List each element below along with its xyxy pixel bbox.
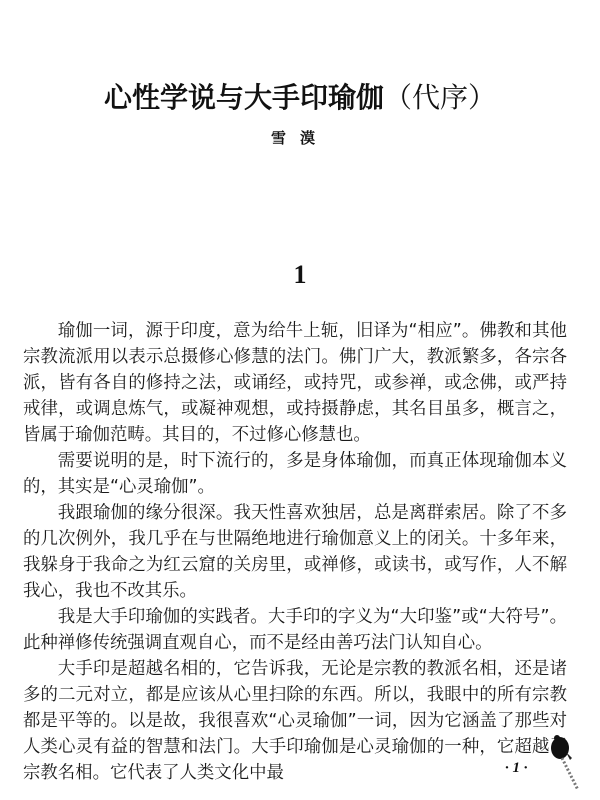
paragraph: 我跟瑜伽的缘分很深。我天性喜欢独居，总是离群索居。除了不多的几次例外，我几乎在与… — [23, 500, 567, 604]
page-number: · 1 · — [505, 760, 528, 777]
decorative-ornament-icon — [548, 734, 588, 794]
page-title: 心性学说与大手印瑜伽（代序） — [0, 76, 600, 116]
title-main: 心性学说与大手印瑜伽 — [104, 81, 384, 114]
paragraph: 我是大手印瑜伽的实践者。大手印的字义为“大印鉴”或“大符号”。此种禅修传统强调直… — [23, 604, 567, 656]
title-suffix: （代序） — [384, 81, 496, 114]
section-number: 1 — [0, 260, 600, 290]
author-name: 雪漠 — [0, 127, 600, 148]
paragraph: 瑜伽一词，源于印度，意为给牛上轭，旧译为“相应”。佛教和其他宗教流派用以表示总摄… — [23, 318, 567, 448]
paragraph: 大手印是超越名相的，它告诉我，无论是宗教的教派名相，还是诸多的二元对立，都是应该… — [23, 656, 567, 786]
body-text: 瑜伽一词，源于印度，意为给牛上轭，旧译为“相应”。佛教和其他宗教流派用以表示总摄… — [23, 318, 567, 786]
paragraph: 需要说明的是，时下流行的，多是身体瑜伽，而真正体现瑜伽本义的，其实是“心灵瑜伽”… — [23, 448, 567, 500]
